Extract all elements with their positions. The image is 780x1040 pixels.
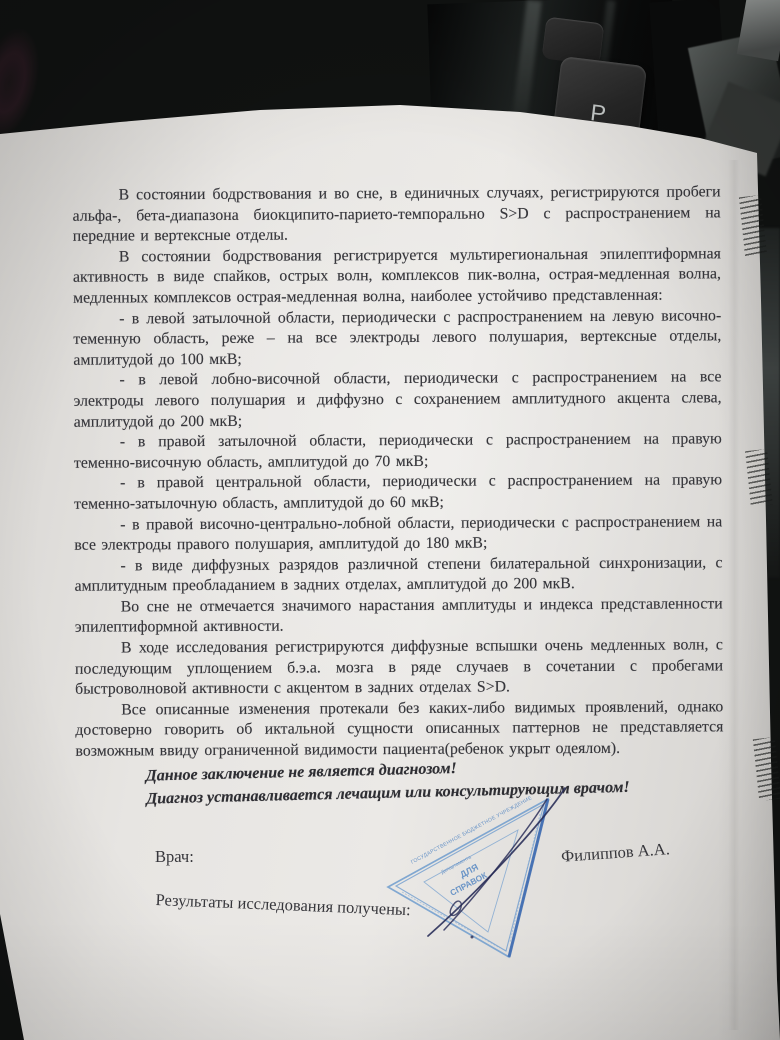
signature-dot: [471, 936, 474, 939]
stamp-right-edge: [509, 799, 548, 957]
report-paragraph: - в правой затылочной области, периодиче…: [74, 429, 722, 474]
report-paragraph: - в правой височно-центрально-лобной обл…: [74, 512, 722, 557]
report-paragraph: Во сне не отмечается значимого нарастани…: [75, 594, 723, 639]
doctor-label: Врач:: [155, 847, 194, 867]
paper-crease: [728, 160, 740, 1030]
report-paragraph: - в виде диффузных разрядов различной ст…: [74, 553, 722, 598]
photo-scene: P В состоянии бодрствования и во сне, в …: [0, 0, 780, 1040]
stamp-and-signature: ГОСУДАРСТВЕННОЕ БЮДЖЕТНОЕ УЧРЕЖДЕНИЕ Деп…: [350, 770, 610, 990]
report-paragraph: В состоянии бодрствования и во сне, в ед…: [72, 182, 720, 247]
report-paragraph: В ходе исследования регистрируются диффу…: [75, 635, 723, 700]
report-paragraph: - в правой центральной области, периодич…: [74, 471, 722, 516]
report-paragraph: - в левой лобно-височной области, период…: [73, 368, 721, 433]
car-trim-silver: [737, 0, 780, 61]
report-body: В состоянии бодрствования и во сне, в ед…: [72, 182, 723, 762]
stamp-microtext: [510, 814, 540, 942]
report-paragraph: - в левой затылочной области, периодичес…: [73, 306, 721, 371]
report-paragraph: В состоянии бодрствования регистрируется…: [73, 244, 721, 309]
stamp-microtext: [402, 892, 500, 948]
